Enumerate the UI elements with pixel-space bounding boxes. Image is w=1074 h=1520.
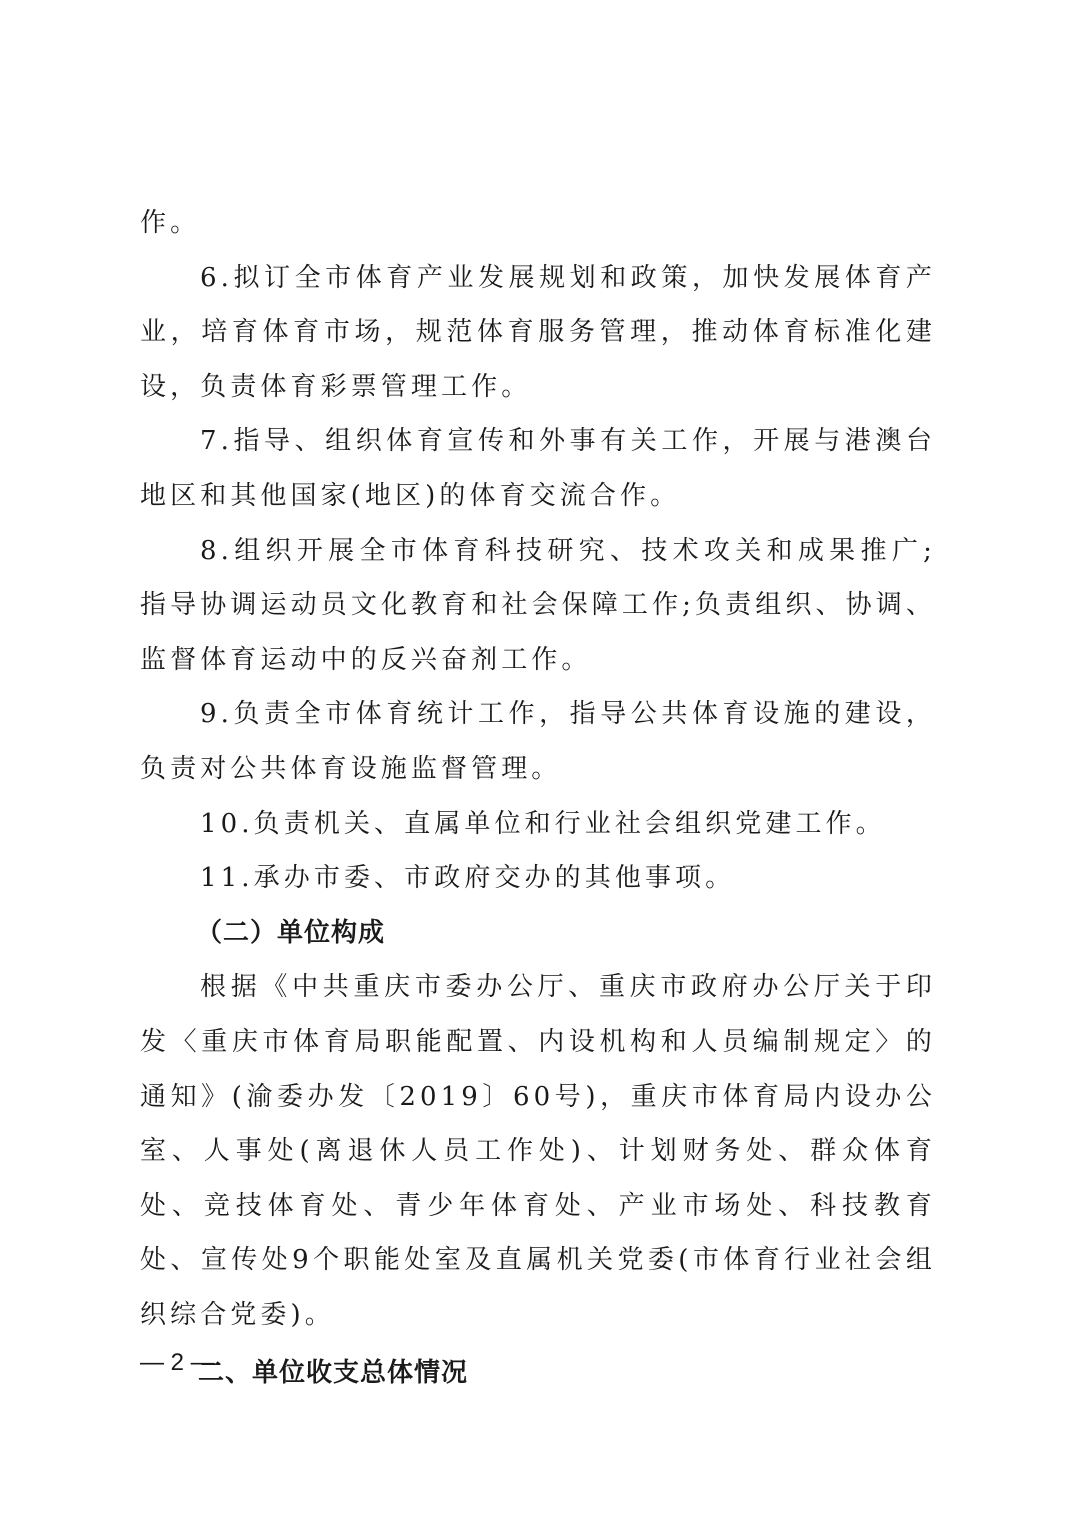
page-number: — 2 — — [140, 1349, 215, 1377]
paragraph-item-6: 6.拟订全市体育产业发展规划和政策，加快发展体育产业，培育体育市场，规范体育服务… — [140, 251, 936, 415]
subheading-unit-composition: （二）单位构成 — [140, 906, 936, 961]
paragraph-continuation: 作。 — [140, 196, 936, 251]
document-body: 作。 6.拟订全市体育产业发展规划和政策，加快发展体育产业，培育体育市场，规范体… — [140, 196, 936, 1401]
paragraph-item-8: 8.组织开展全市体育科技研究、技术攻关和成果推广;指导协调运动员文化教育和社会保… — [140, 524, 936, 688]
paragraph-item-10: 10.负责机关、直属单位和行业社会组织党建工作。 — [140, 797, 936, 852]
document-page: 作。 6.拟订全市体育产业发展规划和政策，加快发展体育产业，培育体育市场，规范体… — [0, 0, 1074, 1520]
heading-income-expenditure: 二、单位收支总体情况 — [140, 1342, 936, 1401]
paragraph-item-9: 9.负责全市体育统计工作，指导公共体育设施的建设，负责对公共体育设施监督管理。 — [140, 687, 936, 796]
paragraph-item-11: 11.承办市委、市政府交办的其他事项。 — [140, 851, 936, 906]
paragraph-item-7: 7.指导、组织体育宣传和外事有关工作，开展与港澳台地区和其他国家(地区)的体育交… — [140, 414, 936, 523]
paragraph-unit-composition: 根据《中共重庆市委办公厅、重庆市政府办公厅关于印发〈重庆市体育局职能配置、内设机… — [140, 960, 936, 1342]
